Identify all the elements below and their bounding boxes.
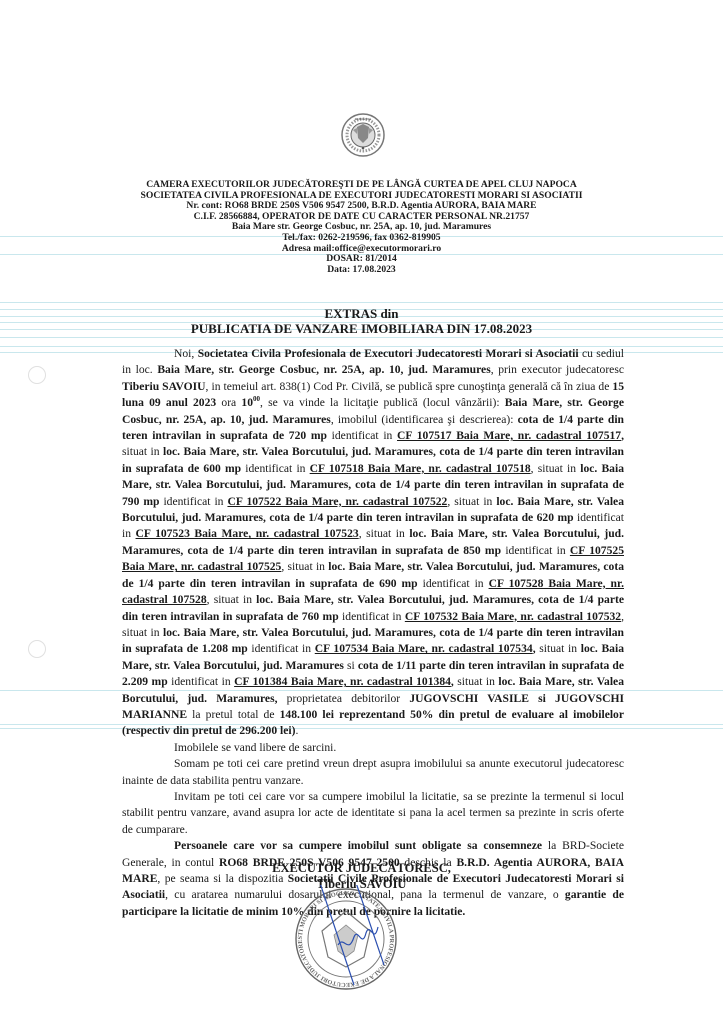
chamber-name: CAMERA EXECUTORILOR JUDECĂTOREŞTI DE PE … bbox=[0, 180, 723, 191]
land-registry-reference: CF 107532 Baia Mare, nr. cadastral 10753… bbox=[405, 610, 621, 623]
paragraph-claims-summons: Somam pe toti cei care pretind vreun dre… bbox=[122, 756, 624, 789]
signature-title: EXECUTOR JUDECĂTORESC, bbox=[0, 860, 723, 876]
punch-hole bbox=[28, 640, 46, 658]
land-registry-reference: CF 107534 Baia Mare, nr. cadastral 10753… bbox=[315, 642, 533, 655]
round-seal-stamp-icon: SOCIETATEA CIVILA PROFESIONALA DE EXECUT… bbox=[292, 885, 400, 995]
land-registry-reference: CF 107522 Baia Mare, nr. cadastral 10752… bbox=[227, 495, 447, 508]
land-registry-reference: CF 107523 Baia Mare, nr. cadastral 10752… bbox=[136, 527, 359, 540]
title-line-1: EXTRAS din bbox=[0, 306, 723, 321]
phone-fax: Tel./fax: 0262-219596, fax 0362-819905 bbox=[0, 233, 723, 244]
coat-of-arms-icon: ROMANIA bbox=[340, 112, 386, 158]
scan-line bbox=[0, 302, 723, 303]
svg-text:ROMANIA: ROMANIA bbox=[355, 117, 372, 121]
paragraph-invitation: Invitam pe toti cei care vor sa cumpere … bbox=[122, 789, 624, 838]
paragraph-no-encumbrances: Imobilele se vand libere de sarcini. bbox=[122, 740, 624, 756]
scan-line bbox=[0, 337, 723, 338]
document-date: Data: 17.08.2023 bbox=[0, 265, 723, 276]
document-title: EXTRAS din PUBLICATIA DE VANZARE IMOBILI… bbox=[0, 306, 723, 336]
title-line-2: PUBLICATIA DE VANZARE IMOBILIARA DIN 17.… bbox=[0, 321, 723, 336]
punch-hole bbox=[28, 366, 46, 384]
land-registry-reference: CF 101384 Baia Mare, nr. cadastral 10138… bbox=[234, 675, 451, 688]
document-body: Noi, Societatea Civila Profesionala de E… bbox=[122, 346, 624, 920]
land-registry-reference: CF 107518 Baia Mare, nr. cadastral 10751… bbox=[310, 462, 531, 475]
letterhead: CAMERA EXECUTORILOR JUDECĂTOREŞTI DE PE … bbox=[0, 180, 723, 275]
land-registry-reference: CF 107517 Baia Mare, nr. cadastral 10751… bbox=[397, 429, 621, 442]
paragraph-auction-notice: Noi, Societatea Civila Profesionala de E… bbox=[122, 346, 624, 740]
